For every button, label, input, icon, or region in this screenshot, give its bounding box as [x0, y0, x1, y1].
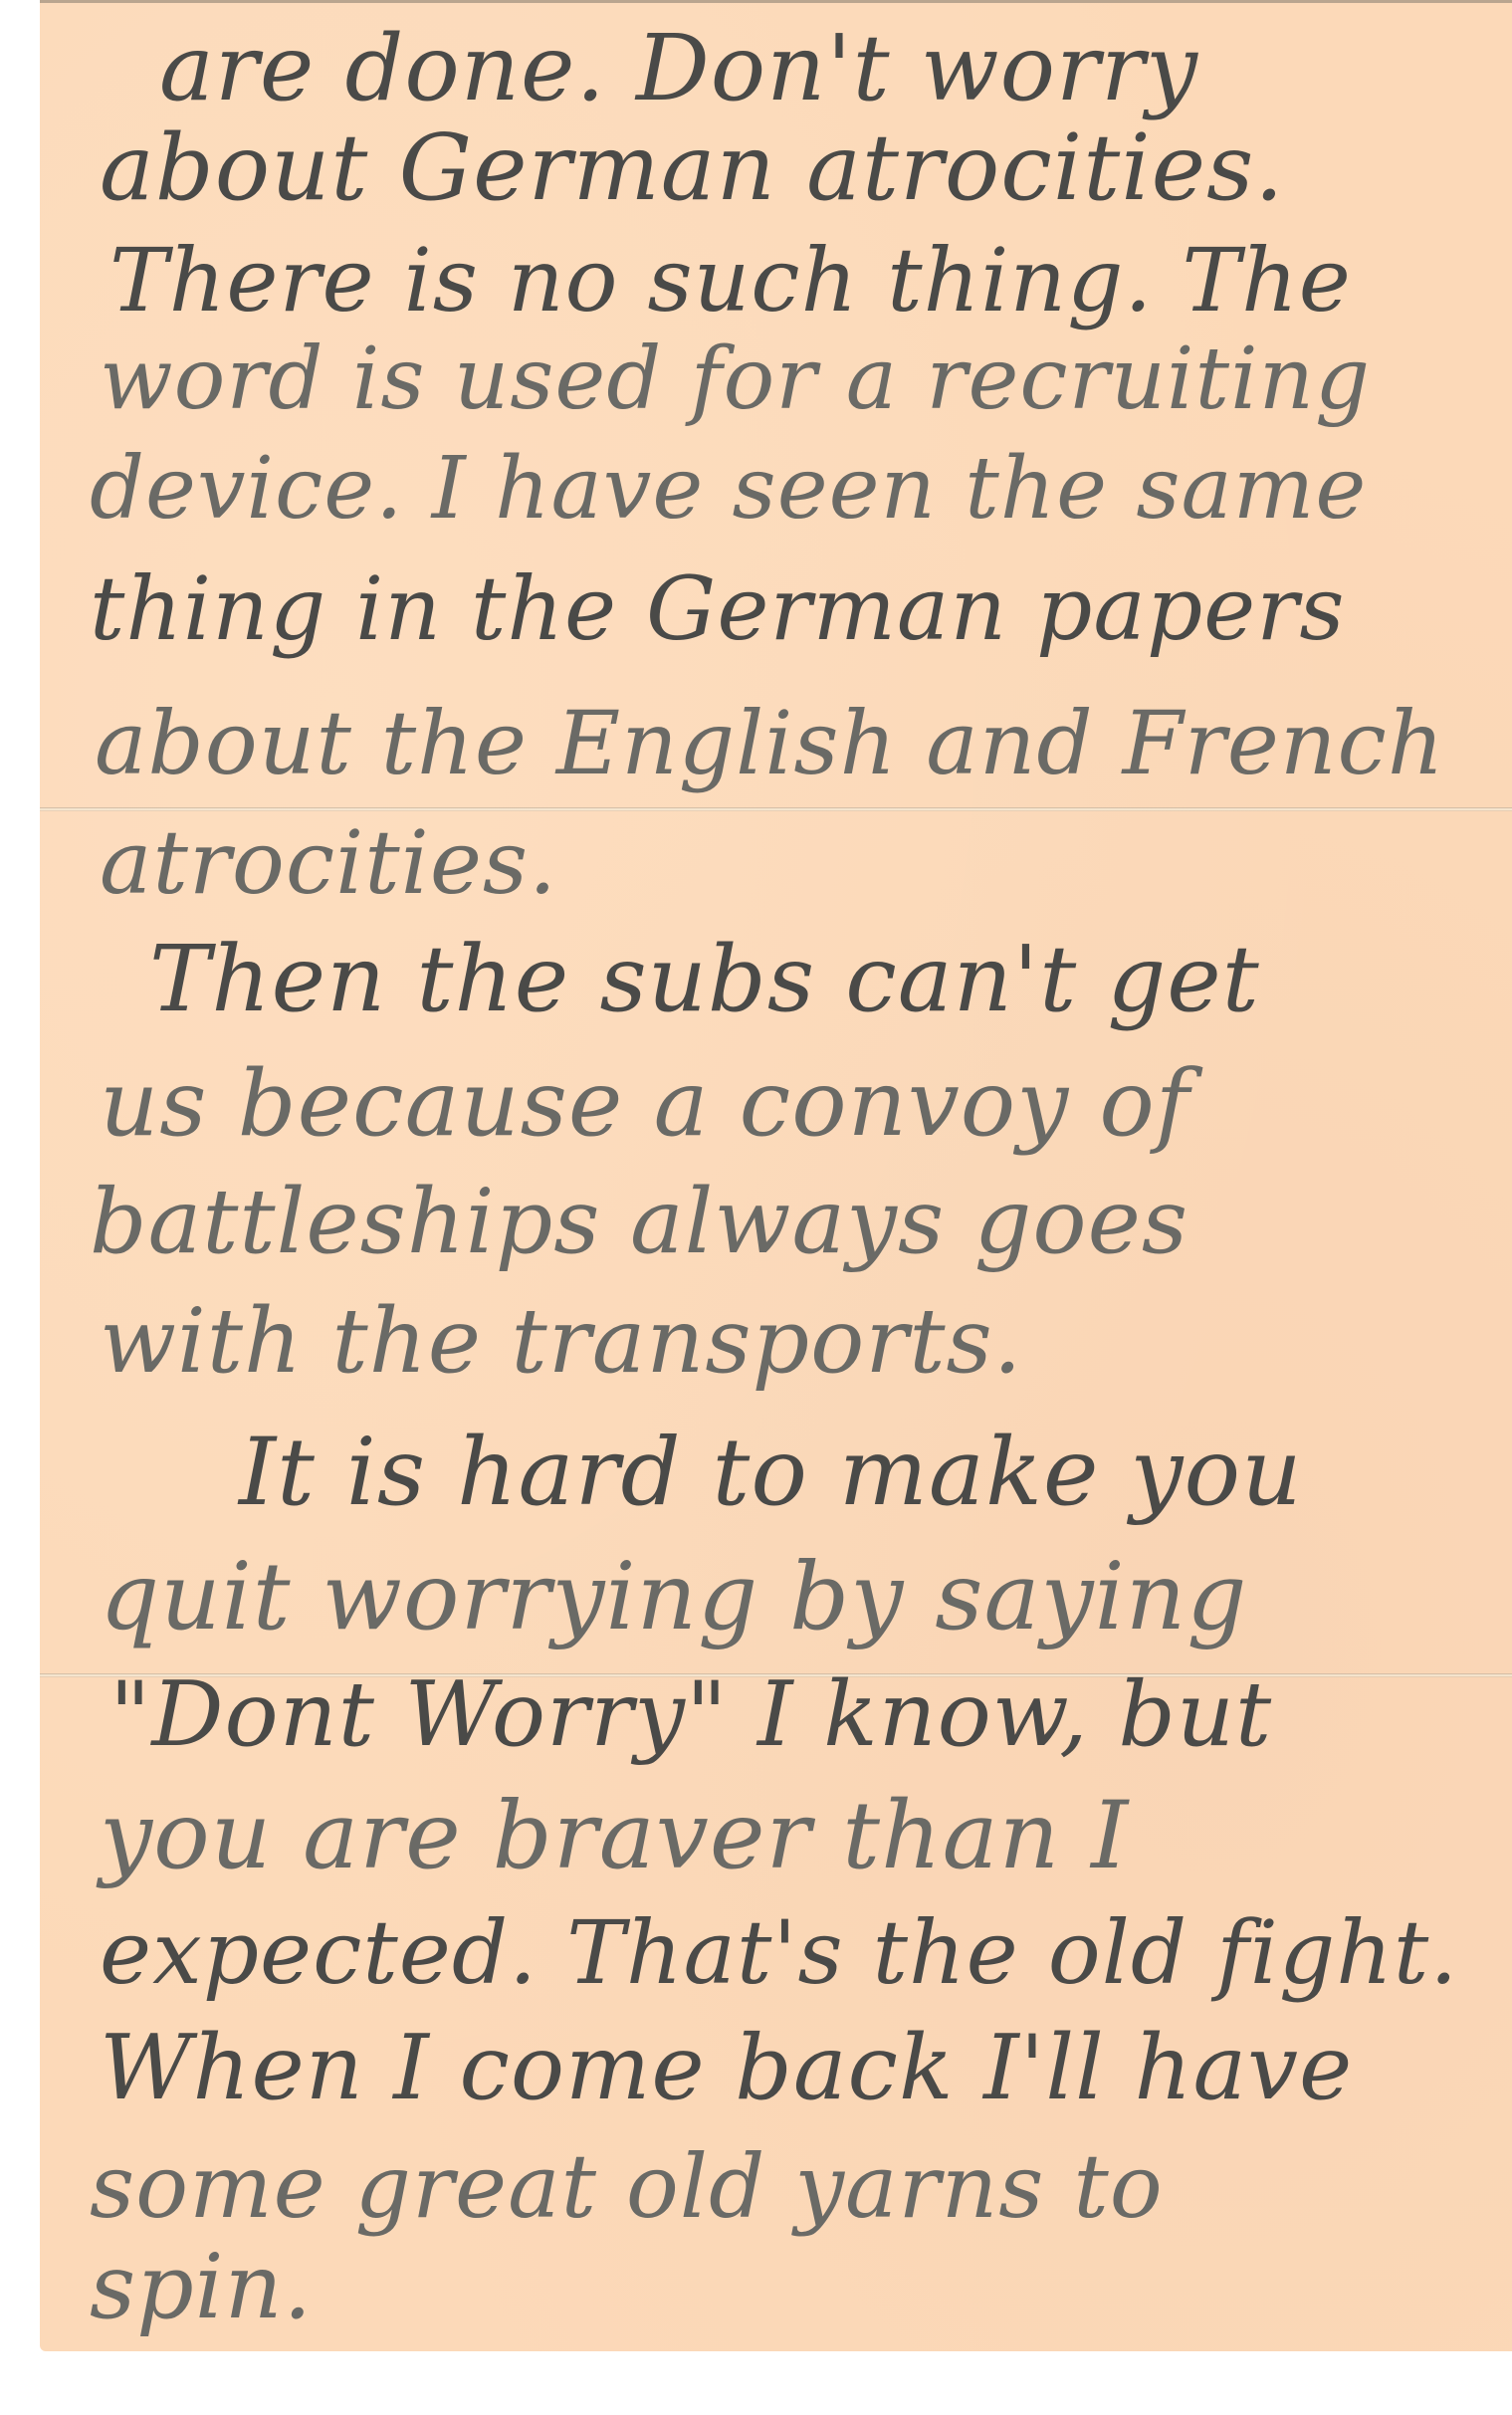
letter-line-9: Then the subs can't get: [149, 934, 1260, 1025]
letter-line-15: "Dont Worry" I know, but: [109, 1670, 1272, 1760]
letter-line-16: you are braver than I: [100, 1790, 1129, 1883]
letter-page: are done. Don't worry about German atroc…: [40, 0, 1512, 2351]
letter-line-14: quit worrying by saying: [100, 1551, 1247, 1645]
letter-line-11: battleships always goes: [90, 1178, 1188, 1267]
letter-line-5: device. I have seen the same: [90, 446, 1367, 532]
letter-line-6: thing in the German papers: [90, 565, 1345, 653]
letter-line-18: When I come back I'll have: [100, 2024, 1353, 2113]
letter-line-17: expected. That's the old fight.: [100, 1909, 1458, 1997]
letter-line-8: atrocities.: [100, 819, 557, 907]
letter-line-13: It is hard to make you: [239, 1427, 1303, 1520]
letter-line-10: us because a convoy of: [100, 1058, 1190, 1150]
letter-line-1: are done. Don't worry: [159, 23, 1198, 114]
letter-line-2: about German atrocities.: [100, 122, 1285, 214]
letter-line-20: spin.: [90, 2243, 313, 2332]
letter-line-7: about the English and French: [95, 700, 1445, 787]
letter-line-12: with the transports.: [100, 1297, 1022, 1387]
letter-line-3: There is no such thing. The: [109, 237, 1352, 325]
letter-line-4: word is used for a recruiting: [100, 336, 1371, 422]
letter-line-19: some great old yarns to: [90, 2143, 1164, 2231]
